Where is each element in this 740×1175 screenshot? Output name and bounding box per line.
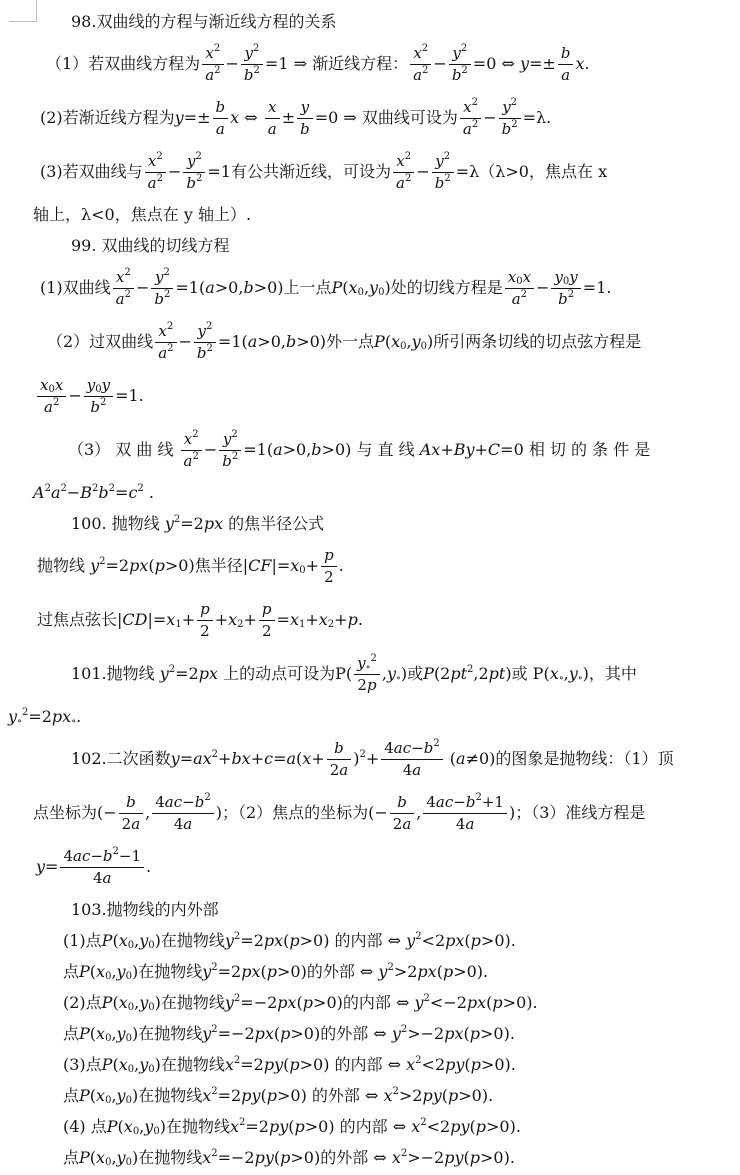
math-variable: a — [183, 815, 192, 833]
text-run: >0)外一点 — [296, 332, 374, 351]
math-variable: P — [423, 664, 434, 683]
fraction: b2a — [327, 739, 352, 780]
fraction-numerator: 4ac−b2+1 — [423, 793, 507, 814]
superscript: 2 — [192, 429, 198, 440]
formula-line: (2)若渐近线方程为y=±bax ⇔ xa±yb=0 ⇒ 双曲线可设为x2a2−… — [33, 91, 724, 145]
text-run: =2 — [180, 514, 204, 533]
math-variable: x — [349, 278, 358, 297]
math-variable: y — [225, 931, 234, 950]
math-variable: px — [52, 707, 71, 726]
superscript: 2 — [231, 429, 237, 440]
text-run: 轴上，λ<0，焦点在 y 轴上）. — [33, 205, 251, 224]
text-line: A2a2−B2b2=c2 . — [33, 477, 724, 508]
text-run: )在抛物线 — [155, 993, 225, 1012]
text-run: − — [168, 162, 181, 181]
text-line: 100. 抛物线 y2=2px 的焦半径公式 — [33, 508, 724, 539]
text-run: =1有公共渐近线，可设为 — [207, 162, 391, 181]
math-variable: b — [466, 793, 476, 811]
fraction-numerator: y2 — [432, 152, 454, 173]
math-variable: y — [117, 1148, 126, 1167]
superscript: 2 — [207, 343, 213, 354]
text-run: 2 — [262, 622, 272, 640]
math-variable: p — [289, 1055, 299, 1074]
text-run: +1 — [482, 793, 504, 811]
fraction-numerator: y2 — [151, 268, 173, 289]
math-variable: CD — [122, 610, 147, 629]
math-variable: y — [392, 1024, 401, 1043]
math-variable: x — [383, 1086, 392, 1105]
text-run: =−2 — [218, 1148, 255, 1167]
superscript: 2 — [472, 97, 478, 108]
math-variable: y — [244, 44, 252, 62]
text-line: (1)点P(x0,y0)在抛物线y2=2px(p>0) 的内部 ⇔ y2<2px… — [33, 925, 724, 956]
math-variable: y — [387, 664, 396, 683]
text-run: >0)的外部 ⇔ — [277, 962, 378, 981]
text-run: >0). — [453, 962, 488, 981]
math-variable: p — [476, 1117, 486, 1136]
fraction-numerator: 4ac−b2−1 — [60, 847, 144, 868]
math-variable: y — [202, 1024, 211, 1043]
math-variable: x — [319, 610, 328, 629]
math-variable: y — [412, 332, 421, 351]
math-variable: y — [139, 993, 148, 1012]
text-line: 点P(x0,y0)在抛物线x2=−2py(p>0)的外部 ⇔ x2>−2py(p… — [33, 1142, 724, 1173]
fraction-denominator: 4a — [381, 760, 442, 780]
text-run: =1( — [218, 332, 248, 351]
text-run: + — [475, 440, 488, 459]
formula-line: （2）过双曲线x2a2−y2b2=1(a>0,b>0)外一点P(x0,y0)所引… — [33, 315, 724, 369]
fraction: y2b2 — [183, 152, 205, 193]
math-variable: px — [277, 993, 296, 1012]
text-run: )在抛物线 — [155, 931, 225, 950]
text-run: 点 — [63, 962, 79, 981]
text-run: =± — [529, 54, 556, 73]
math-variable: P — [79, 1148, 90, 1167]
math-variable: y — [225, 993, 234, 1012]
fraction-numerator: y2 — [194, 322, 216, 343]
fraction-numerator: y2 — [183, 152, 205, 173]
fraction-denominator: b2 — [194, 343, 216, 363]
superscript: 2 — [124, 267, 130, 278]
text-run: 点 — [63, 1148, 79, 1167]
formula-line: 过焦点弦长|CD|=x1+p2+x2+p2=x1+x2+p. — [33, 593, 724, 647]
math-variable: py — [241, 1086, 260, 1105]
superscript: 2 — [157, 173, 163, 184]
text-run: − — [90, 847, 103, 865]
math-variable: a — [512, 290, 521, 308]
math-variable: y — [554, 268, 562, 286]
text-run: (3)点 — [63, 1055, 102, 1074]
text-run: <2 — [422, 1055, 446, 1074]
math-variable: y — [8, 707, 17, 726]
fraction: ba — [213, 98, 229, 139]
math-variable: b — [244, 66, 254, 84]
text-run: 点 — [63, 1024, 79, 1043]
text-run: + — [182, 610, 195, 629]
text-line: (4) 点P(x0,y0)在抛物线x2=2py(p>0) 的内部 ⇔ x2<2p… — [33, 1111, 724, 1142]
math-variable: b — [126, 793, 136, 811]
text-run: 103.抛物线的内外部 — [71, 900, 219, 919]
text-run: . — [146, 857, 151, 876]
page-margin-crop-mark — [9, 0, 37, 22]
math-variable: py — [255, 1148, 274, 1167]
math-variable: a — [463, 120, 472, 138]
text-run: 点 — [63, 1086, 79, 1105]
math-variable: p — [471, 1055, 481, 1074]
text-run: + — [334, 610, 347, 629]
text-run: )，其中 — [583, 664, 637, 683]
text-run: =2 — [240, 1055, 264, 1074]
math-variable: x — [205, 44, 213, 62]
math-variable: x — [290, 556, 299, 575]
text-run: − — [453, 793, 466, 811]
fraction-denominator: b2 — [183, 173, 205, 193]
math-variable: b — [286, 332, 296, 351]
math-variable: p — [303, 993, 313, 1012]
fraction-denominator: 2a — [390, 814, 415, 834]
text-run: (1)点 — [63, 931, 102, 950]
math-variable: p — [155, 556, 165, 575]
math-variable: y — [36, 857, 45, 876]
text-run: . — [358, 610, 363, 629]
math-variable: P — [79, 1024, 90, 1043]
text-run: =1. — [115, 386, 144, 405]
text-run: )或 — [401, 664, 423, 683]
text-run: ( — [445, 749, 456, 768]
math-variable: b — [561, 44, 571, 62]
math-variable: a — [131, 815, 140, 833]
text-run: ≠0)的图象是抛物线：（1）顶 — [466, 749, 674, 768]
superscript: 2 — [53, 397, 59, 408]
fraction: y∘22p — [354, 654, 380, 695]
fraction-denominator: 2a — [327, 760, 352, 780]
fraction-numerator: y2 — [499, 98, 521, 119]
math-variable: ax — [193, 749, 212, 768]
formula-line: 102.二次函数y=ax2+bx+c=a(x+b2a)2+4ac−b24a (a… — [33, 732, 724, 786]
fraction-denominator: 4a — [423, 814, 507, 834]
text-run: >2 — [394, 962, 418, 981]
text-run: = — [180, 749, 193, 768]
text-run: 2 — [330, 761, 340, 779]
text-run: )所引两条切线的切点弦方程是 — [427, 332, 641, 351]
text-run: − — [182, 793, 195, 811]
math-variable: b — [558, 290, 568, 308]
fraction: x2a2 — [202, 44, 223, 85]
math-variable: b — [103, 847, 113, 865]
text-run: >2 — [399, 1086, 423, 1105]
text-run: <2 — [422, 931, 446, 950]
fraction: x0xa2 — [37, 376, 66, 417]
text-run: − — [483, 108, 496, 127]
fraction-numerator: 4ac−b2 — [152, 793, 213, 814]
fraction: y2b2 — [432, 152, 454, 193]
superscript: 2 — [511, 97, 517, 108]
fraction: b2a — [119, 793, 144, 834]
superscript: 2 — [214, 43, 220, 54]
text-run: >0). — [480, 1148, 515, 1167]
math-variable: b — [452, 66, 462, 84]
math-variable: a — [205, 278, 215, 297]
text-run: =2 — [106, 556, 130, 575]
text-run: <−2 — [430, 993, 467, 1012]
text-line: y∘2=2px∘. — [8, 701, 724, 732]
math-variable: y — [502, 98, 510, 116]
math-variable: x — [55, 376, 63, 394]
text-run: =2 — [28, 707, 52, 726]
text-run: (2)点 — [63, 993, 102, 1012]
text-run: (3)若双曲线与 — [40, 162, 143, 181]
fraction: p2 — [321, 546, 337, 587]
math-variable: y — [175, 108, 184, 127]
text-run: >0)焦半径| — [165, 556, 248, 575]
math-variable: a — [216, 120, 225, 138]
math-variable: y — [160, 664, 169, 683]
fraction-denominator: a — [558, 65, 574, 85]
math-variable: px — [255, 1024, 274, 1043]
math-variable: B — [80, 483, 92, 502]
math-variable: b — [216, 98, 226, 116]
math-variable: py — [422, 1086, 441, 1105]
fraction-denominator: b2 — [241, 65, 263, 85]
math-variable: x — [96, 1148, 105, 1167]
math-variable: pt — [489, 664, 506, 683]
math-variable: bx — [231, 749, 250, 768]
formula-line: (3)若双曲线与x2a2−y2b2=1有公共渐近线，可设为x2a2−y2b2=λ… — [33, 145, 724, 199]
text-run: 4 — [155, 793, 165, 811]
math-variable: a — [465, 815, 474, 833]
fraction-denominator: a2 — [410, 65, 431, 85]
text-run: （1）若双曲线方程为 — [46, 54, 200, 73]
math-variable: C — [488, 440, 500, 459]
fraction: y2b2 — [219, 430, 241, 471]
text-run: 101.抛物线 — [71, 664, 160, 683]
math-variable: x — [96, 1086, 105, 1105]
text-run: )在抛物线 — [132, 1148, 202, 1167]
math-variable: y — [569, 664, 578, 683]
fraction-numerator: x2 — [181, 430, 202, 451]
fraction-numerator: x2 — [393, 152, 414, 173]
text-run: 点坐标为(− — [33, 803, 117, 822]
math-variable: p — [448, 1086, 458, 1105]
math-variable: ac — [394, 739, 411, 757]
math-variable: b — [90, 398, 100, 416]
math-variable: p — [267, 962, 277, 981]
math-variable: x — [119, 1055, 128, 1074]
math-variable: a — [158, 344, 167, 362]
math-variable: P — [374, 332, 385, 351]
text-run: 98.双曲线的方程与渐近线方程的关系 — [71, 12, 336, 31]
math-variable: x — [166, 610, 175, 629]
text-run: =λ（λ>0，焦点在 x — [456, 162, 607, 181]
superscript: 2 — [254, 65, 260, 76]
fraction: x2a2 — [460, 98, 481, 139]
text-run: 抛物线 — [37, 556, 90, 575]
text-run: =−2 — [218, 1024, 255, 1043]
fraction-denominator: b — [297, 119, 313, 139]
fraction-numerator: y0y — [84, 376, 113, 397]
math-variable: p — [267, 1086, 277, 1105]
superscript: 2 — [164, 289, 170, 300]
fraction: y0yb2 — [84, 376, 113, 417]
fraction: b2a — [390, 793, 415, 834]
fraction-numerator: p — [259, 600, 275, 621]
text-run: − — [411, 739, 424, 757]
math-variable: p — [470, 1024, 480, 1043]
math-variable: p — [367, 676, 377, 694]
text-run: ± — [282, 108, 295, 127]
fraction-numerator: x2 — [145, 152, 166, 173]
text-run: )在抛物线 — [155, 1055, 225, 1074]
text-run: >0, — [257, 332, 286, 351]
fraction-numerator: b — [390, 793, 415, 814]
math-variable: x — [202, 1148, 211, 1167]
text-line: 99. 双曲线的切线方程 — [33, 230, 724, 261]
text-run: + — [251, 749, 264, 768]
fraction-denominator: b2 — [151, 289, 173, 309]
fraction-numerator: y2 — [449, 44, 471, 65]
text-run: − — [226, 54, 239, 73]
math-variable: a — [116, 290, 125, 308]
fraction-numerator: x2 — [460, 98, 481, 119]
math-variable: y — [369, 278, 378, 297]
text-run: −1 — [119, 847, 141, 865]
math-variable: x — [463, 98, 471, 116]
math-variable: x — [202, 1086, 211, 1105]
fraction: x2a2 — [145, 152, 166, 193]
text-run: 100. 抛物线 — [71, 514, 165, 533]
math-variable: pt — [450, 664, 467, 683]
fraction: xa — [265, 98, 280, 139]
superscript: 2 — [472, 119, 478, 130]
fraction-numerator: x2 — [113, 268, 134, 289]
text-run: 4 — [403, 761, 413, 779]
text-line: 点P(x0,y0)在抛物线y2=−2px(p>0)的外部 ⇔ y2>−2px(p… — [33, 1018, 724, 1049]
fraction-numerator: y0y — [551, 268, 580, 289]
text-run: + — [311, 749, 324, 768]
text-run: =2 — [240, 931, 264, 950]
text-run: . — [584, 54, 589, 73]
text-run: + — [218, 749, 231, 768]
fraction: yb — [297, 98, 313, 139]
math-variable: ac — [73, 847, 90, 865]
fraction-denominator: 2p — [354, 675, 380, 695]
math-variable: p — [470, 1148, 480, 1167]
text-run: (2 — [434, 664, 450, 683]
text-run: （2）过双曲线 — [47, 332, 153, 351]
text-run: 4 — [426, 793, 436, 811]
math-variable: p — [262, 600, 272, 618]
text-run: + — [440, 440, 453, 459]
math-variable: Ax — [420, 440, 441, 459]
math-variable: px — [241, 962, 260, 981]
math-variable: y — [117, 962, 126, 981]
text-run: )；（3）准线方程是 — [509, 803, 645, 822]
math-variable: x — [96, 1024, 105, 1043]
text-run: 102.二次函数 — [71, 749, 171, 768]
math-variable: px — [129, 556, 148, 575]
text-run: )或 P( — [505, 664, 549, 683]
math-variable: P — [79, 1086, 90, 1105]
text-run: 2 — [393, 815, 403, 833]
formula-line: （1）若双曲线方程为x2a2−y2b2=1 ⇒ 渐近线方程：x2a2−y2b2=… — [33, 37, 724, 91]
text-run: 2 — [357, 676, 367, 694]
fraction-denominator: b2 — [219, 451, 241, 471]
text-run: − — [136, 278, 149, 297]
text-run: >0). — [481, 931, 516, 950]
text-run: （3） 双 曲 线 — [68, 440, 179, 459]
text-run: >−2 — [407, 1024, 444, 1043]
text-run: >0). — [480, 1024, 515, 1043]
text-run: + — [305, 610, 318, 629]
text-run: =0 ⇔ — [473, 54, 520, 73]
math-variable: py — [264, 1055, 283, 1074]
fraction-denominator: a — [265, 119, 280, 139]
fraction-numerator: x2 — [155, 322, 176, 343]
math-variable: x — [413, 44, 421, 62]
superscript: 2 — [511, 119, 517, 130]
math-variable: a — [44, 398, 53, 416]
math-variable: P — [332, 278, 343, 297]
math-variable: a — [248, 332, 258, 351]
math-variable: ac — [165, 793, 182, 811]
math-variable: y — [435, 152, 443, 170]
text-run: >0) 与 直 线 — [322, 440, 420, 459]
math-variable: p — [200, 600, 210, 618]
superscript: 2 — [204, 792, 210, 803]
fraction: x2a2 — [113, 268, 134, 309]
math-variable: y — [117, 1024, 126, 1043]
fraction-denominator: b2 — [84, 397, 113, 417]
fraction-numerator: x2 — [202, 44, 223, 65]
math-variable: x — [184, 430, 192, 448]
text-run: >0) 的内部 ⇔ — [300, 931, 407, 950]
math-variable: px — [264, 931, 283, 950]
fraction: x2a2 — [410, 44, 431, 85]
fraction-denominator: a2 — [181, 451, 202, 471]
math-variable: x — [391, 332, 400, 351]
text-run: . — [76, 707, 81, 726]
math-variable: y — [202, 962, 211, 981]
text-run: , — [416, 803, 421, 822]
math-variable: x — [302, 749, 311, 768]
fraction: p2 — [259, 600, 275, 641]
text-run: <2 — [427, 1117, 451, 1136]
math-variable: x — [230, 1117, 239, 1136]
fraction-denominator: 2 — [259, 621, 275, 641]
superscript: 2 — [461, 65, 467, 76]
math-variable: x — [550, 664, 559, 683]
fraction-denominator: a2 — [37, 397, 66, 417]
text-run: >0, — [215, 278, 244, 297]
fraction-denominator: a2 — [145, 173, 166, 193]
math-variable: b — [243, 278, 253, 297]
text-run: )在抛物线 — [160, 1117, 230, 1136]
text-line: 103.抛物线的内外部 — [33, 894, 724, 925]
text-line: (3)点P(x0,y0)在抛物线x2=2py(p>0) 的内部 ⇔ x2<2py… — [33, 1049, 724, 1080]
math-variable: P — [102, 1055, 113, 1074]
fraction-numerator: x — [265, 98, 280, 119]
fraction-numerator: y∘2 — [354, 654, 380, 675]
fraction-denominator: 2 — [197, 621, 213, 641]
superscript: 2 — [444, 173, 450, 184]
math-variable: y — [520, 54, 529, 73]
math-variable: b — [195, 793, 205, 811]
text-run: − — [433, 54, 446, 73]
math-variable: a — [268, 120, 277, 138]
text-run: 4 — [63, 847, 73, 865]
math-variable: a — [561, 66, 570, 84]
math-variable: ac — [436, 793, 453, 811]
